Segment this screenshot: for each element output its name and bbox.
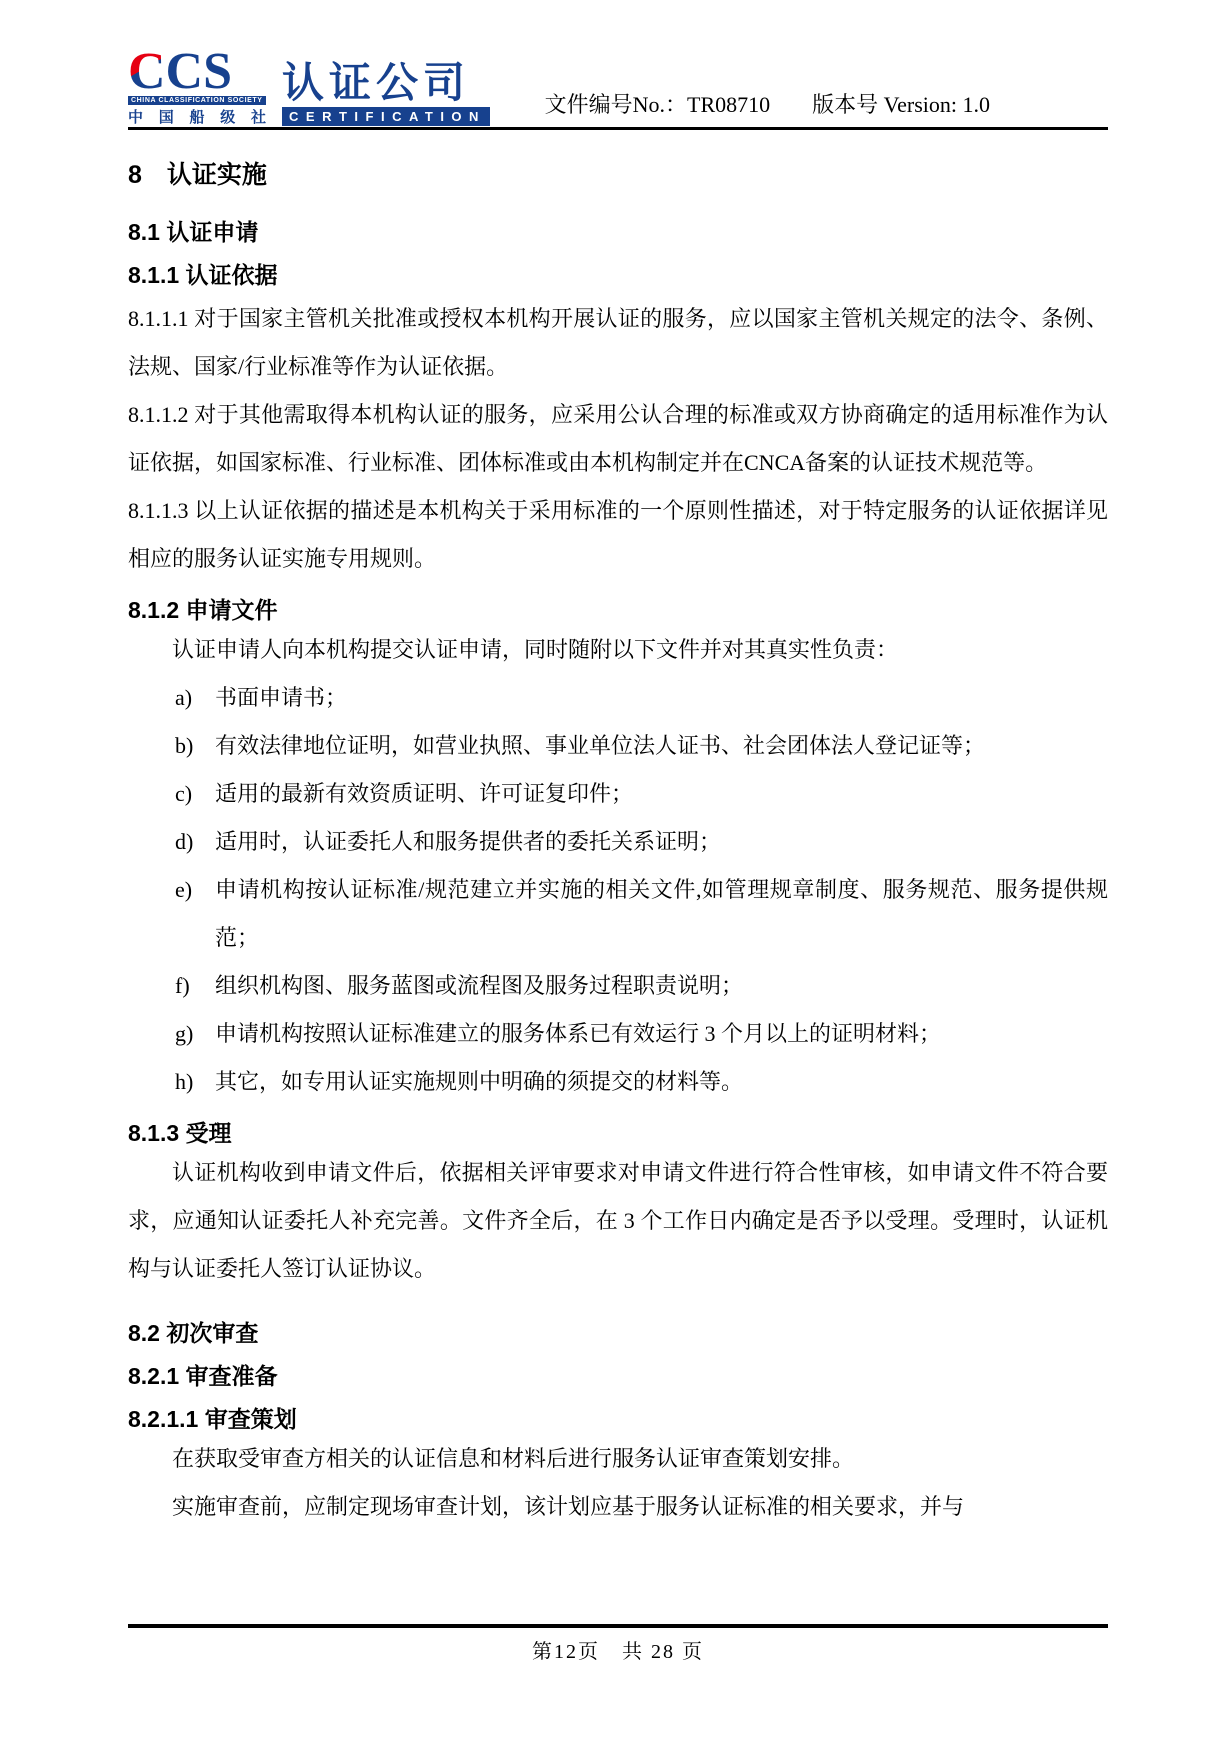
para-8-1-1-3: 8.1.1.3 以上认证依据的描述是本机构关于采用标准的一个原则性描述，对于特定… — [128, 487, 1108, 583]
ccs-logo: CCS CHINA CLASSIFICATION SOCIETY 中 国 船 级… — [128, 50, 490, 127]
document-body: 8 认证实施 8.1 认证申请 8.1.1 认证依据 8.1.1.1 对于国家主… — [128, 158, 1108, 1531]
application-documents-list: a) 书面申请书； b) 有效法律地位证明，如营业执照、事业单位法人证书、社会团… — [128, 674, 1108, 1106]
document-page: CCS CHINA CLASSIFICATION SOCIETY 中 国 船 级… — [0, 0, 1232, 1743]
header-divider — [128, 127, 1108, 130]
ccs-logo-left: CCS CHINA CLASSIFICATION SOCIETY 中 国 船 级… — [128, 50, 272, 127]
item-text: 适用的最新有效资质证明、许可证复印件； — [215, 770, 1108, 818]
item-text: 有效法律地位证明，如营业执照、事业单位法人证书、社会团体法人登记证等； — [215, 722, 1108, 770]
heading-8-2: 8.2 初次审查 — [128, 1317, 1108, 1349]
item-text: 适用时，认证委托人和服务提供者的委托关系证明； — [215, 818, 1108, 866]
para-8-1-1-1: 8.1.1.1 对于国家主管机关批准或授权本机构开展认证的服务，应以国家主管机关… — [128, 295, 1108, 391]
item-marker: g) — [175, 1010, 215, 1058]
footer-divider — [128, 1624, 1108, 1628]
company-name: 认证公司 — [282, 62, 490, 106]
list-item: e) 申请机构按认证标准/规范建立并实施的相关文件,如管理规章制度、服务规范、服… — [175, 866, 1108, 962]
ccs-wordmark: CCS — [128, 50, 272, 94]
document-number: 文件编号No.：TR08710 — [545, 88, 771, 119]
list-item: b) 有效法律地位证明，如营业执照、事业单位法人证书、社会团体法人登记证等； — [175, 722, 1108, 770]
list-item: c) 适用的最新有效资质证明、许可证复印件； — [175, 770, 1108, 818]
item-text: 申请机构按照认证标准建立的服务体系已有效运行 3 个月以上的证明材料； — [215, 1010, 1108, 1058]
item-marker: b) — [175, 722, 215, 770]
certification-bar: CERTIFICATION — [282, 107, 490, 126]
page-number: 第12页 共 28 页 — [128, 1635, 1108, 1664]
item-marker: c) — [175, 770, 215, 818]
list-item: d) 适用时，认证委托人和服务提供者的委托关系证明； — [175, 818, 1108, 866]
heading-8-1-3: 8.1.3 受理 — [128, 1117, 1108, 1149]
list-item: g) 申请机构按照认证标准建立的服务体系已有效运行 3 个月以上的证明材料； — [175, 1010, 1108, 1058]
page-header: CCS CHINA CLASSIFICATION SOCIETY 中 国 船 级… — [128, 0, 1108, 127]
para-8-1-1-2: 8.1.1.2 对于其他需取得本机构认证的服务，应采用公认合理的标准或双方协商确… — [128, 391, 1108, 487]
header-meta: 文件编号No.：TR08710 版本号 Version: 1.0 — [545, 88, 990, 127]
heading-8: 8 认证实施 — [128, 158, 1108, 192]
list-item: a) 书面申请书； — [175, 674, 1108, 722]
item-marker: e) — [175, 866, 215, 962]
item-text: 其它，如专用认证实施规则中明确的须提交的材料等。 — [215, 1058, 1108, 1106]
heading-8-2-1-1: 8.2.1.1 审查策划 — [128, 1403, 1108, 1435]
heading-8-1-1: 8.1.1 认证依据 — [128, 259, 1108, 291]
item-marker: f) — [175, 962, 215, 1010]
heading-8-1-2: 8.1.2 申请文件 — [128, 594, 1108, 626]
list-item: f) 组织机构图、服务蓝图或流程图及服务过程职责说明； — [175, 962, 1108, 1010]
para-8-1-2-intro: 认证申请人向本机构提交认证申请，同时随附以下文件并对其真实性负责： — [128, 626, 1108, 674]
para-8-2-1-1-a: 在获取受审查方相关的认证信息和材料后进行服务认证审查策划安排。 — [128, 1435, 1108, 1483]
item-marker: d) — [175, 818, 215, 866]
item-text: 组织机构图、服务蓝图或流程图及服务过程职责说明； — [215, 962, 1108, 1010]
society-name-cn: 中 国 船 级 社 — [128, 106, 272, 127]
page-footer: 第12页 共 28 页 — [128, 1624, 1108, 1664]
version-label: 版本号 Version: 1.0 — [812, 88, 990, 119]
item-marker: a) — [175, 674, 215, 722]
heading-8-1: 8.1 认证申请 — [128, 216, 1108, 248]
item-text: 书面申请书； — [215, 674, 1108, 722]
ccs-logo-right: 认证公司 CERTIFICATION — [282, 62, 490, 127]
para-8-1-3: 认证机构收到申请文件后，依据相关评审要求对申请文件进行符合性审核，如申请文件不符… — [128, 1149, 1108, 1293]
heading-8-2-1: 8.2.1 审查准备 — [128, 1360, 1108, 1392]
item-text: 申请机构按认证标准/规范建立并实施的相关文件,如管理规章制度、服务规范、服务提供… — [215, 866, 1108, 962]
list-item: h) 其它，如专用认证实施规则中明确的须提交的材料等。 — [175, 1058, 1108, 1106]
para-8-2-1-1-b: 实施审查前，应制定现场审查计划，该计划应基于服务认证标准的相关要求，并与 — [128, 1483, 1108, 1531]
item-marker: h) — [175, 1058, 215, 1106]
society-name-en-bar: CHINA CLASSIFICATION SOCIETY — [128, 96, 266, 105]
